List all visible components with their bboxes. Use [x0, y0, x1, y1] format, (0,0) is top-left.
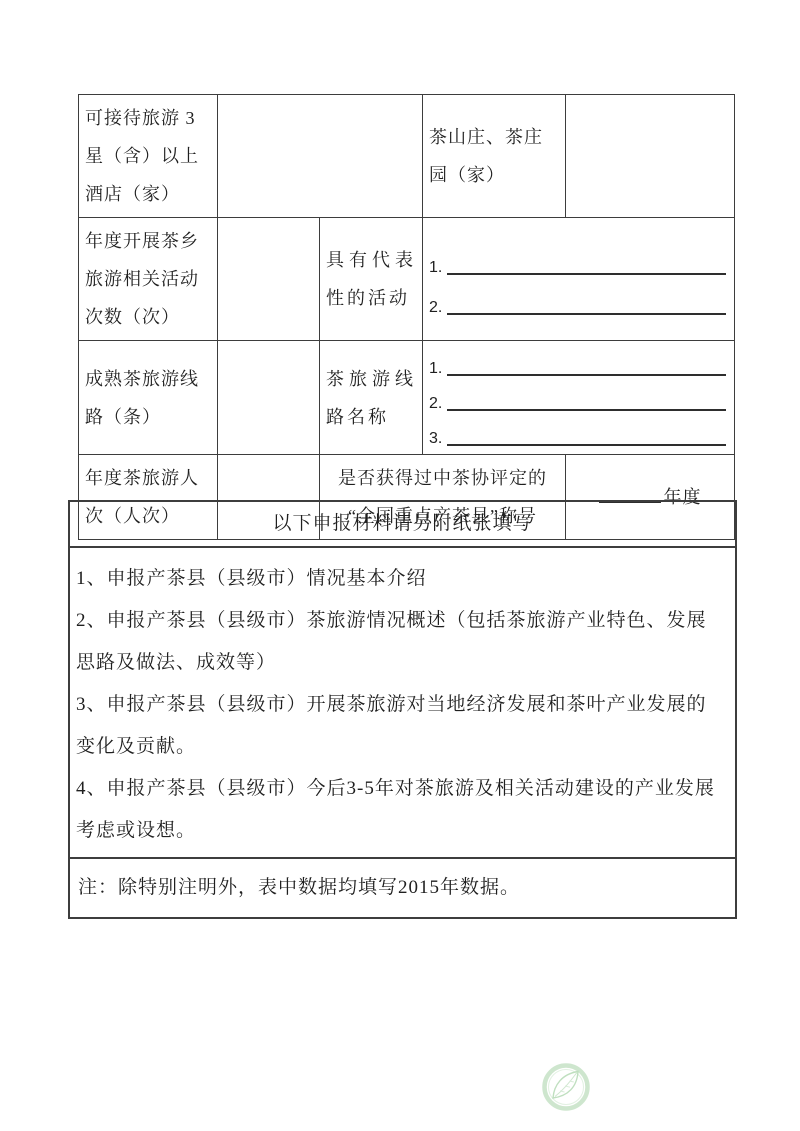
data-year-note: 注：除特别注明外，表中数据均填写2015年数据。 [69, 858, 736, 918]
blank-underline [447, 272, 726, 275]
line-number: 2. [429, 300, 442, 319]
blank-underline [447, 373, 726, 376]
tea-estate-value-cell [566, 95, 735, 218]
leaf-seal-icon [540, 1061, 592, 1113]
question-line: 是否获得过中茶协评定的 [326, 459, 559, 497]
fill-in-line: 1. [429, 239, 728, 279]
line-number: 2. [429, 396, 442, 415]
representative-activities-label: 具有代表性的活动 [320, 218, 423, 341]
tea-estate-label: 茶山庄、茶庄园（家） [423, 95, 566, 218]
fill-in-line: 2. [429, 380, 728, 415]
blank-underline [447, 443, 726, 446]
table-row: 以下申报材料请另附纸张填写 [69, 501, 736, 547]
materials-items-cell: 1、申报产茶县（县级市）情况基本介绍 2、申报产茶县（县级市）茶旅游情况概述（包… [69, 547, 736, 858]
materials-table: 以下申报材料请另附纸张填写 1、申报产茶县（县级市）情况基本介绍 2、申报产茶县… [68, 500, 737, 919]
table-row: 年度开展茶乡旅游相关活动次数（次） 具有代表性的活动 1. 2. [79, 218, 735, 341]
fill-in-line: 3. [429, 415, 728, 450]
route-names-lines-cell: 1. 2. 3. [423, 341, 735, 455]
fill-in-line: 2. [429, 279, 728, 319]
mature-routes-label: 成熟茶旅游线路（条） [79, 341, 218, 455]
blank-underline [447, 312, 726, 315]
table-row: 1、申报产茶县（县级市）情况基本介绍 2、申报产茶县（县级市）茶旅游情况概述（包… [69, 547, 736, 858]
line-number: 1. [429, 361, 442, 380]
annual-activities-label: 年度开展茶乡旅游相关活动次数（次） [79, 218, 218, 341]
materials-header: 以下申报材料请另附纸张填写 [69, 501, 736, 547]
hotel-count-label: 可接待旅游 3星（含）以上酒店（家） [79, 95, 218, 218]
route-names-label: 茶旅游线路名称 [320, 341, 423, 455]
representative-activities-lines-cell: 1. 2. [423, 218, 735, 341]
blank-underline [447, 408, 726, 411]
mature-routes-value-cell [218, 341, 320, 455]
tea-tourism-form-table: 可接待旅游 3星（含）以上酒店（家） 茶山庄、茶庄园（家） 年度开展茶乡旅游相关… [78, 94, 735, 540]
line-number: 3. [429, 431, 442, 450]
material-item-1: 1、申报产茶县（县级市）情况基本介绍 [76, 558, 725, 600]
material-item-4: 4、申报产茶县（县级市）今后3-5年对茶旅游及相关活动建设的产业发展考虑或设想。 [76, 768, 725, 852]
fill-in-line: 1. [429, 345, 728, 380]
material-item-3: 3、申报产茶县（县级市）开展茶旅游对当地经济发展和茶叶产业发展的变化及贡献。 [76, 684, 725, 768]
table-row: 注：除特别注明外，表中数据均填写2015年数据。 [69, 858, 736, 918]
line-number: 1. [429, 260, 442, 279]
table-row: 成熟茶旅游线路（条） 茶旅游线路名称 1. 2. 3. [79, 341, 735, 455]
annual-activities-value-cell [218, 218, 320, 341]
document-page: { "form_table": { "rows": [ { "label": "… [0, 0, 800, 1131]
material-item-2: 2、申报产茶县（县级市）茶旅游情况概述（包括茶旅游产业特色、发展思路及做法、成效… [76, 600, 725, 684]
hotel-count-value-cell [218, 95, 423, 218]
table-row: 可接待旅游 3星（含）以上酒店（家） 茶山庄、茶庄园（家） [79, 95, 735, 218]
